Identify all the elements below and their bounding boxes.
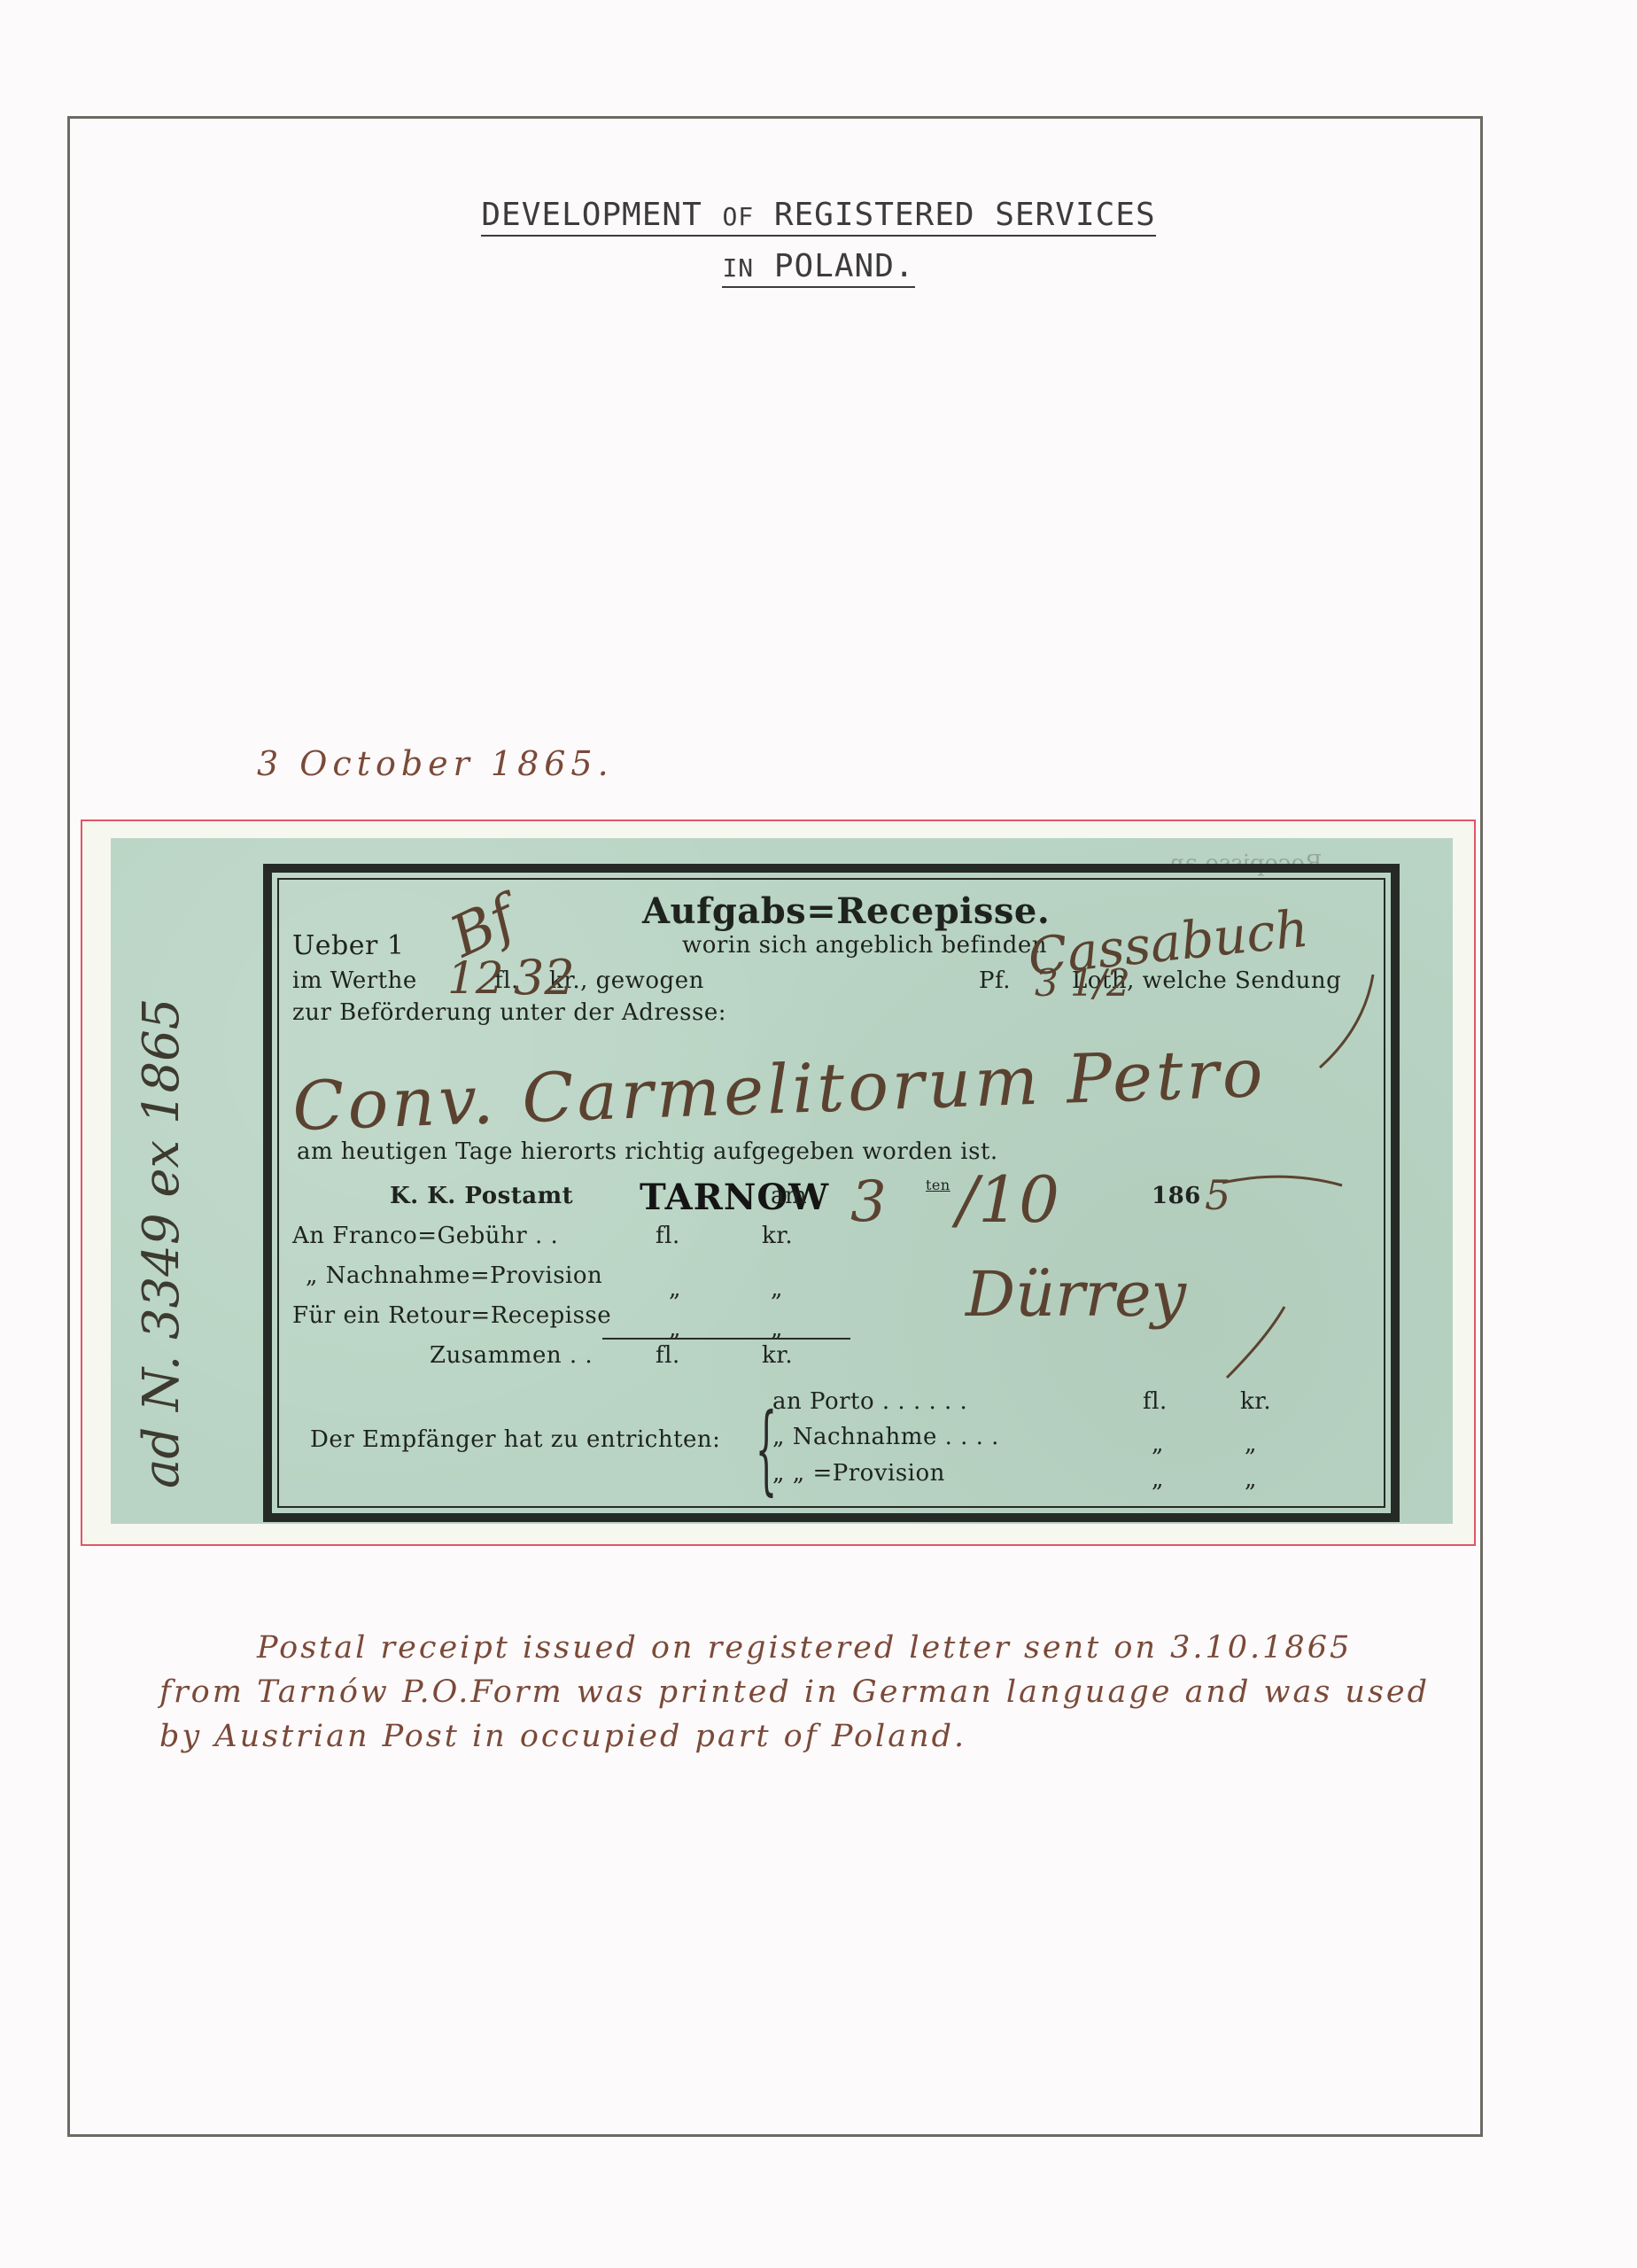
total-rule — [602, 1338, 850, 1340]
description-text: Postal receipt issued on registered lett… — [159, 1626, 1470, 1759]
handwritten-signature: Dürrey — [966, 1258, 1186, 1331]
sendung-flourish — [1311, 975, 1382, 1072]
fee-row-label: Zusammen . . — [430, 1342, 593, 1369]
fee-row-kr: „ — [771, 1276, 783, 1302]
page-title-line2: IN POLAND. — [0, 248, 1637, 288]
fee-row-kr: kr. — [762, 1342, 793, 1369]
description-line3: by Austrian Post in occupied part of Pol… — [159, 1714, 1470, 1759]
fee-row-fl: fl. — [656, 1342, 680, 1369]
handwritten-day: 3 — [850, 1169, 887, 1235]
description-line2: from Tarnów P.O.Form was printed in Germ… — [159, 1670, 1470, 1714]
handwritten-month: /10 — [957, 1162, 1059, 1237]
fee-row-label: An Franco=Gebühr . . — [292, 1223, 558, 1249]
printed-pf: Pf. — [979, 967, 1011, 994]
fee-row-kr: kr. — [762, 1223, 793, 1249]
vertical-handwritten-note: ad N. 3349 ex 1865 — [133, 992, 204, 1488]
printed-am: am — [771, 1183, 807, 1209]
printed-ten: ten — [926, 1177, 950, 1193]
fee-row-label: „ Nachnahme=Provision — [306, 1262, 602, 1289]
handwritten-value-kr: 32 — [514, 950, 575, 1006]
signature-tail — [1222, 1302, 1293, 1382]
receipt-title: Aufgabs=Recepisse. — [642, 890, 1050, 932]
recipient-row-kr: „ — [1245, 1466, 1257, 1493]
recipient-row-fl: fl. — [1143, 1388, 1168, 1415]
title-word-development: DEVELOPMENT — [481, 197, 722, 233]
recipient-row-label: an Porto . . . . . . — [772, 1388, 967, 1415]
printed-im-werthe: im Werthe — [292, 967, 417, 994]
recipient-label: Der Empfänger hat zu entrichten: — [310, 1426, 720, 1453]
page-title-line1: DEVELOPMENT OF REGISTERED SERVICES — [0, 197, 1637, 237]
title-word-in: IN — [722, 253, 754, 283]
description-line1: Postal receipt issued on registered lett… — [159, 1626, 1470, 1670]
printed-aufgegeben: am heutigen Tage hierorts richtig aufgeg… — [297, 1138, 998, 1165]
handwritten-value-fl: 12 — [447, 952, 504, 1004]
recipient-row-label: „ „ =Provision — [772, 1460, 945, 1487]
date-caption: 3 October 1865. — [257, 744, 614, 783]
title-word-poland: POLAND. — [754, 248, 914, 284]
recipient-row-kr: kr. — [1240, 1388, 1271, 1415]
recipient-row-label: „ Nachnahme . . . . — [772, 1424, 999, 1450]
fee-row-fl: „ — [669, 1276, 681, 1302]
printed-postamt: K. K. Postamt — [390, 1183, 573, 1209]
fee-row-label: Für ein Retour=Recepisse — [292, 1302, 611, 1329]
printed-year-prefix: 186 — [1152, 1183, 1201, 1209]
printed-adresse: zur Beförderung unter der Adresse: — [292, 999, 726, 1026]
fee-row-fl: fl. — [656, 1223, 680, 1249]
recipient-row-fl: „ — [1152, 1466, 1164, 1493]
title-word-of: OF — [722, 202, 754, 231]
handwritten-weight: 3 1/2 — [1035, 961, 1130, 1005]
recipient-row-kr: „ — [1245, 1431, 1257, 1457]
recipient-row-fl: „ — [1152, 1431, 1164, 1457]
printed-ueber: Ueber 1 — [292, 930, 404, 961]
title-word-registered-services: REGISTERED SERVICES — [754, 197, 1155, 233]
year-flourish — [1222, 1169, 1346, 1196]
printed-worin: worin sich angeblich befinden — [682, 932, 1047, 959]
